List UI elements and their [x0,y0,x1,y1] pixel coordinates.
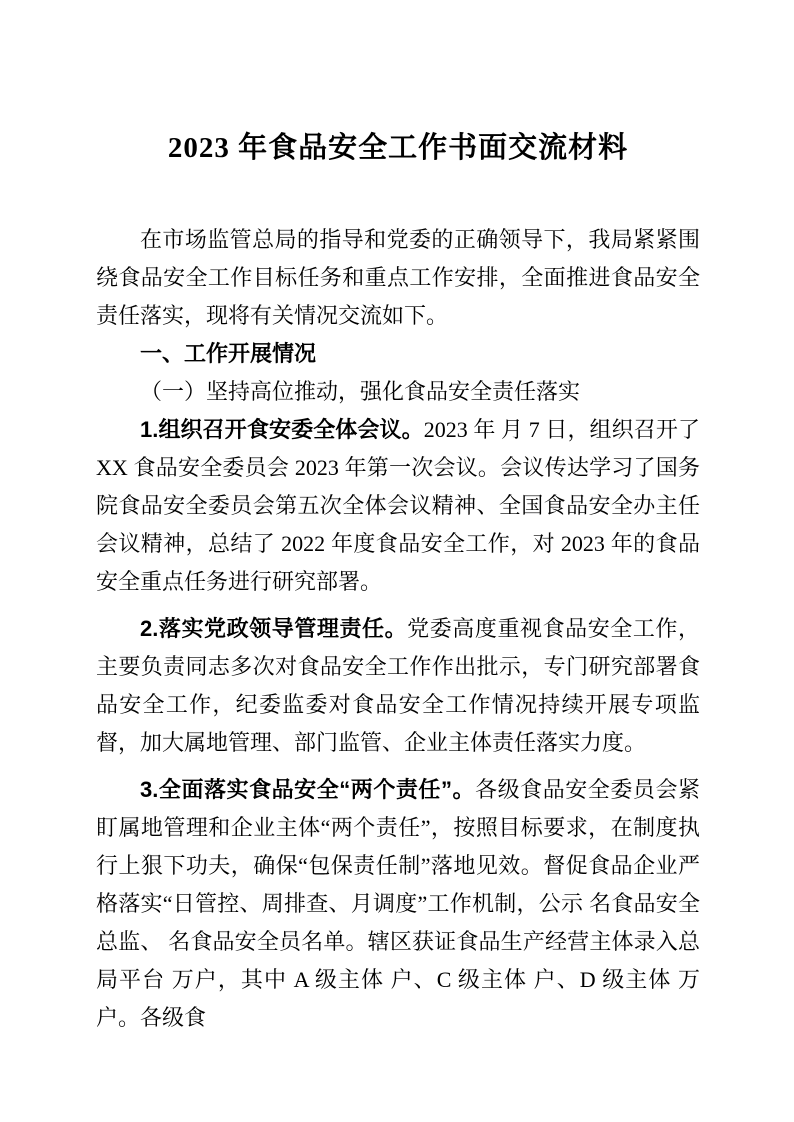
section-1-sub-1-heading: （一）坚持高位推动，强化食品安全责任落实 [96,373,700,411]
item-1-paragraph: 1.组织召开食安委全体会议。2023 年 月 7 日，组织召开了XX 食品安全委… [96,411,700,601]
document-content: 2023 年食品安全工作书面交流材料 在市场监管总局的指导和党委的正确领导下，我… [0,0,794,1037]
item-2-lead: 2.落实党政领导管理责任。 [140,616,407,641]
document-page: 2023 年食品安全工作书面交流材料 在市场监管总局的指导和党委的正确领导下，我… [0,0,794,1122]
intro-paragraph: 在市场监管总局的指导和党委的正确领导下，我局紧紧围绕食品安全工作目标任务和重点工… [96,221,700,335]
item-1-body: 2023 年 月 7 日，组织召开了XX 食品安全委员会 2023 年第一次会议… [96,417,700,594]
item-3-body: 各级食品安全委员会紧盯属地管理和企业主体“两个责任”，按照目标要求，在制度执行上… [96,777,700,1030]
page-title: 2023 年食品安全工作书面交流材料 [96,130,700,166]
item-3-paragraph: 3.全面落实食品安全“两个责任”。各级食品安全委员会紧盯属地管理和企业主体“两个… [96,771,700,1037]
item-3-lead: 3.全面落实食品安全“两个责任”。 [140,777,475,802]
item-2-paragraph: 2.落实党政领导管理责任。党委高度重视食品安全工作，主要负责同志多次对食品安全工… [96,610,700,762]
item-1-lead: 1.组织召开食安委全体会议。 [140,417,424,442]
section-1-heading: 一、工作开展情况 [96,335,700,373]
